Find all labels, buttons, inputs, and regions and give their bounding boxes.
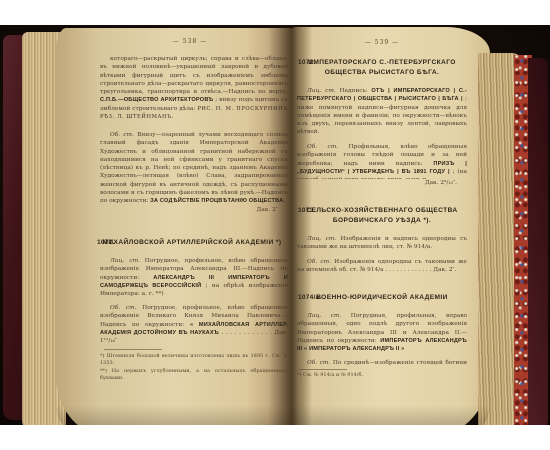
side-label: Лиц. ст. [307,313,341,319]
entry-title-line1: СЕЛЬСКО-ХОЗЯЙСТВЕННАГО ОБЩЕСТВА [297,206,467,216]
paragraph-obverse-face-1071: Лиц. ст. Погрудное, профильное, влѣво об… [100,257,288,299]
page-number-right: — 539 — [342,39,422,46]
entry-number: 1074/а. [298,293,321,303]
inscription-text: ЗА СОДѢЙСТВІЕ ПРОЦВѢТАНІЮ ОБЩЕСТВА. [150,198,285,204]
footnote-rule-left [104,349,162,350]
side-label: Об. ст. [307,259,331,265]
paragraph-obverse-face-1074a: Лиц. ст. Погрудныя, профильныя, вправо о… [297,312,467,354]
paragraph-obverse-1070: Об. ст. Внизу—озаренный лучами восходяща… [100,131,288,205]
paragraph-reverse-1073: Об. ст. Изображенія однородны съ таковым… [297,258,467,276]
side-label: Лиц. ст. [307,236,336,242]
side-label: Об. ст. [307,144,338,150]
paragraph-reverse-1074a-cutoff: Об. ст. По срединѣ—изображеніе стоящей б… [297,359,467,369]
entry-number: 1073. [298,206,316,216]
size-measure-line: Дак. 2″ [100,207,288,213]
paragraph-obverse-face-1072: Лиц. ст. Надпись: ОТЪ | ИМПЕРАТОРСКАГО |… [297,87,467,139]
entry-number: 1072. [298,58,316,68]
section-heading-1074a: 1074/а.ВОЕННО-ЮРИДИЧЕСКОЙ АКАДЕМІИ [297,293,467,303]
inscription-text: С.П.Б.—ОБЩЕСТВО АРХИТЕКТОРОВЪ [100,97,213,103]
entry-title-line2: БОРОВИЧСКАГО УѢЗДА *). [297,216,467,226]
size-measure-line: Дак. 2⁹/₁₀″. [297,180,467,186]
footnote-2-left: **) На первыхъ углубленными, а на осталь… [100,368,288,376]
text-run: котораго—раскрытый циркуль; справа и слѣ… [100,56,288,95]
paragraph-reverse-1071: Об. ст. Погрудное, профильное, влѣво обр… [100,304,288,344]
footnote-1-left: *) Штемпеля большой величины изготовлены… [100,353,288,367]
book-cover-right [528,58,548,425]
side-label: Об. ст. [110,305,136,311]
text-run: Надпись: [336,88,372,94]
footnote-1-right: *) См. № 914/а и № 914/б. [297,372,467,380]
paragraph-continuation: котораго—раскрытый циркуль; справа и слѣ… [100,55,288,119]
text-run: Внизу—озаренный лучами восходящаго солнц… [100,132,288,204]
section-heading-1071: 1071.МИХАЙЛОВСКОЙ АРТИЛЛЕРІЙСКОЙ АКАДЕМІ… [96,238,288,248]
page-number-left: — 538 — [150,38,230,45]
side-label: Об. ст. [307,360,330,366]
side-label: Об. ст. [110,132,134,138]
entry-title: МИХАЙЛОВСКОЙ АРТИЛЛЕРІЙСКОЙ АКАДЕМІИ *) [96,238,288,248]
section-heading-1072: 1072.ИМПЕРАТОРСКАГО С.-ПЕТЕРБУРГСКАГООБЩ… [297,58,467,78]
screenshot-canvas: — 538 — котораго—раскрытый циркуль; спра… [0,0,550,450]
entry-title: ВОЕННО-ЮРИДИЧЕСКОЙ АКАДЕМІИ [297,293,467,303]
book-photo: — 538 — котораго—раскрытый циркуль; спра… [0,25,550,425]
paragraph-obverse-face-1073: Лиц. ст. Изображенія и надпись однородны… [297,235,467,253]
entry-number: 1071. [97,238,115,248]
side-label: Лиц. ст. [110,258,140,264]
entry-title-line2: ОБЩЕСТВА РЫСИСТАГО БѢГА. [297,68,467,78]
footnote-rule-right [299,369,347,370]
section-heading-1073: 1073.СЕЛЬСКО-ХОЗЯЙСТВЕННАГО ОБЩЕСТВАБОРО… [297,206,467,226]
entry-title-line1: ИМПЕРАТОРСКАГО С.-ПЕТЕРБУРГСКАГО [297,58,467,68]
side-label: Лиц. ст. [307,88,336,94]
paragraph-reverse-1072: Об. ст. Профильныя, влѣво обращенныя изо… [297,143,467,179]
